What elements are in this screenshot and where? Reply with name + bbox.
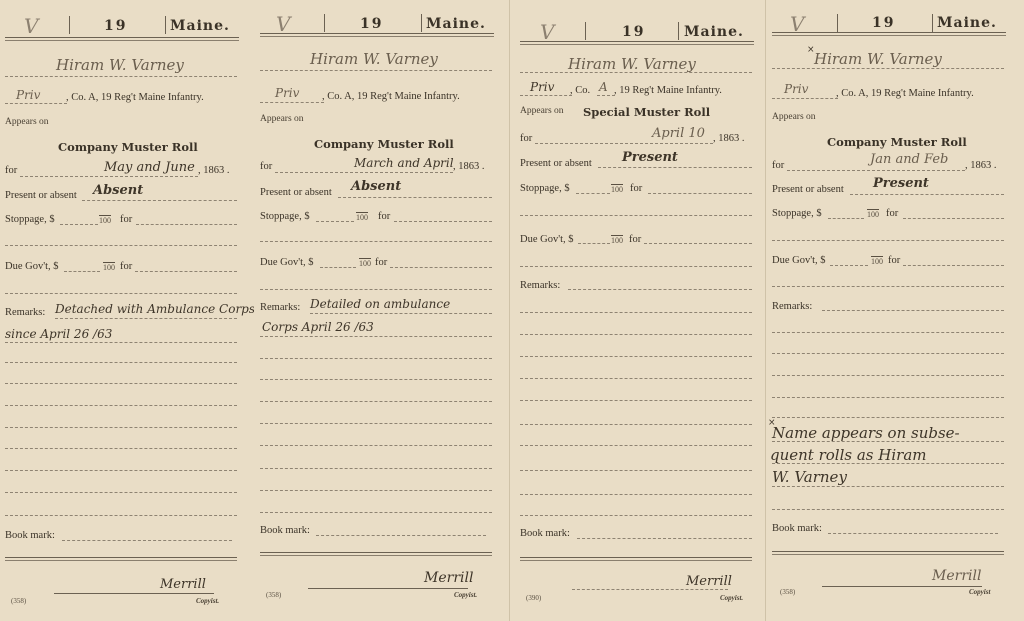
rank-line	[520, 95, 572, 96]
due-govt-label: Due Gov't, $	[260, 257, 314, 268]
roll-type: Company Muster Roll	[314, 137, 454, 151]
note-line-3: W. Varney	[772, 468, 847, 486]
stoppage-for: for	[630, 183, 642, 194]
stoppage-cents: 100	[867, 210, 879, 219]
remarks-rule	[772, 375, 1004, 376]
blank-line	[520, 215, 752, 216]
company-prefix: , Co.	[570, 85, 590, 96]
present-absent-value: Absent	[351, 179, 401, 194]
period-value: March and April	[354, 156, 454, 170]
header-separator	[421, 14, 422, 32]
due-for-line	[903, 265, 1004, 266]
period-value: May and June	[104, 160, 195, 175]
period-line	[275, 172, 453, 173]
copyist-label: Copyist.	[196, 597, 219, 605]
header-initial: V	[24, 14, 38, 38]
header-regiment-number: 19	[104, 18, 127, 34]
stoppage-cents: 100	[99, 216, 111, 225]
appears-on-label: Appears on	[5, 117, 49, 127]
company-letter-line	[597, 95, 615, 96]
rank-value: Priv	[530, 80, 554, 94]
remarks-rule	[5, 427, 237, 428]
stoppage-cents: 100	[611, 185, 623, 194]
remarks-rule	[260, 490, 492, 491]
stoppage-for-line	[648, 193, 752, 194]
present-absent-label: Present or absent	[5, 190, 77, 201]
due-for: for	[375, 257, 387, 268]
company-line: , 19 Reg't Maine Infantry.	[614, 85, 722, 96]
rank-value: Priv	[784, 82, 808, 96]
header-separator	[932, 14, 933, 32]
muster-card-3: V 19 Maine. Hiram W. Varney Priv , Co. A…	[510, 0, 766, 621]
remarks-rule	[772, 397, 1004, 398]
header-separator	[165, 16, 166, 34]
form-number: (358)	[11, 597, 26, 605]
remarks-rule	[520, 445, 752, 446]
remarks-label: Remarks:	[520, 280, 560, 291]
header-state: Maine.	[170, 18, 230, 34]
stoppage-amount-line	[576, 193, 610, 194]
due-amount-line	[320, 267, 356, 268]
remarks-rule	[310, 313, 492, 314]
book-mark-label: Book mark:	[260, 525, 310, 536]
blank-line	[260, 241, 492, 242]
present-absent-label: Present or absent	[260, 187, 332, 198]
stoppage-label: Stoppage, $	[520, 183, 570, 194]
appears-on-label: Appears on	[772, 112, 816, 122]
signature-line	[572, 589, 728, 590]
remarks-rule	[772, 417, 1004, 418]
remarks-rule	[520, 494, 752, 495]
signature-line	[822, 586, 982, 587]
remarks-rule	[772, 509, 1004, 510]
stoppage-for: for	[378, 211, 390, 222]
remarks-rule	[260, 336, 492, 337]
present-absent-line	[82, 200, 237, 201]
copyist-signature: Merrill	[424, 570, 473, 586]
header-rule	[772, 32, 1006, 36]
copyist-signature: Merrill	[160, 577, 206, 592]
remarks-rule	[772, 353, 1004, 354]
due-amount-line	[830, 265, 868, 266]
for-label: for	[520, 133, 532, 144]
book-mark-line	[828, 533, 998, 534]
remarks-label: Remarks:	[5, 307, 45, 318]
copyist-signature: Merrill	[932, 568, 981, 584]
stoppage-amount-line	[316, 221, 354, 222]
due-govt-label: Due Gov't, $	[520, 234, 574, 245]
header-separator	[69, 16, 70, 34]
remarks-rule	[520, 378, 752, 379]
rank-value: Priv	[16, 88, 40, 102]
remarks-rule	[260, 379, 492, 380]
name-line	[772, 68, 1004, 69]
remarks-line-2: since April 26 /63	[5, 327, 112, 341]
stoppage-amount-line	[828, 218, 864, 219]
remarks-rule	[520, 400, 752, 401]
book-mark-line	[316, 535, 486, 536]
blank-line	[772, 286, 1004, 287]
remarks-rule	[5, 470, 237, 471]
form-number: (358)	[266, 591, 281, 599]
due-cents: 100	[611, 236, 623, 245]
blank-line	[260, 289, 492, 290]
period-line	[787, 170, 965, 171]
remarks-rule	[5, 515, 237, 516]
year: , 1863 .	[198, 165, 230, 176]
header-state: Maine.	[937, 15, 997, 31]
remarks-rule	[260, 358, 492, 359]
due-govt-label: Due Gov't, $	[5, 261, 59, 272]
period-line	[20, 176, 198, 177]
due-cents: 100	[359, 259, 371, 268]
remarks-line-2: Corps April 26 /63	[262, 320, 374, 334]
blank-line	[5, 245, 237, 246]
stoppage-for: for	[886, 208, 898, 219]
remarks-label: Remarks:	[772, 301, 812, 312]
remarks-label: Remarks:	[260, 302, 300, 313]
remarks-rule	[568, 289, 752, 290]
remarks-rule	[5, 448, 237, 449]
company-line: , Co. A, 19 Reg't Maine Infantry.	[66, 92, 204, 103]
copyist-label: Copyist.	[454, 591, 477, 599]
header-state: Maine.	[684, 24, 744, 40]
stoppage-for-line	[394, 221, 492, 222]
book-mark-label: Book mark:	[5, 530, 55, 541]
header-regiment-number: 19	[622, 24, 645, 40]
remarks-rule	[772, 486, 1004, 487]
roll-type: Company Muster Roll	[58, 140, 198, 154]
present-absent-label: Present or absent	[520, 158, 592, 169]
rank-line	[772, 98, 838, 99]
blank-line	[772, 240, 1004, 241]
muster-card-1: V 19 Maine. Hiram W. Varney Priv , Co. A…	[0, 0, 256, 621]
note-line-2: quent rolls as Hiram	[770, 446, 926, 464]
signature-line	[308, 588, 468, 589]
rank-line	[260, 102, 324, 103]
due-for-line	[135, 271, 237, 272]
roll-type: Special Muster Roll	[583, 105, 710, 119]
remarks-line-1: Detailed on ambulance	[310, 297, 450, 311]
remarks-rule	[55, 318, 237, 319]
header-separator	[837, 14, 838, 32]
stoppage-label: Stoppage, $	[772, 208, 822, 219]
form-number: (358)	[780, 588, 795, 596]
remarks-rule	[260, 512, 492, 513]
header-state: Maine.	[426, 16, 486, 32]
appears-on-label: Appears on	[260, 114, 304, 124]
footer-rule	[260, 552, 492, 556]
present-absent-line	[338, 197, 492, 198]
present-absent-line	[598, 167, 752, 168]
form-number: (390)	[526, 594, 541, 602]
remarks-rule	[5, 405, 237, 406]
name-line	[520, 72, 752, 73]
header-rule	[520, 41, 754, 45]
rank-value: Priv	[275, 86, 299, 100]
due-cents: 100	[871, 257, 883, 266]
remarks-rule	[520, 470, 752, 471]
due-amount-line	[64, 271, 100, 272]
blank-line	[5, 293, 237, 294]
remarks-rule	[520, 424, 752, 425]
book-mark-line	[577, 538, 752, 539]
remarks-rule	[260, 423, 492, 424]
present-absent-value: Absent	[93, 183, 143, 198]
copyist-label: Copyist	[969, 588, 990, 596]
present-absent-label: Present or absent	[772, 184, 844, 195]
period-line	[535, 143, 713, 144]
header-separator	[324, 14, 325, 32]
header-rule	[260, 33, 494, 37]
name-line	[260, 70, 492, 71]
book-mark-line	[62, 540, 232, 541]
remarks-rule	[520, 356, 752, 357]
due-cents: 100	[103, 263, 115, 272]
due-for-line	[644, 243, 752, 244]
company-letter: A	[599, 80, 608, 94]
for-label: for	[5, 165, 17, 176]
stoppage-cents: 100	[356, 213, 368, 222]
name-line	[5, 76, 237, 77]
book-mark-label: Book mark:	[772, 523, 822, 534]
due-for: for	[120, 261, 132, 272]
copyist-label: Copyist.	[720, 594, 743, 602]
remarks-rule	[5, 383, 237, 384]
signature-line	[54, 593, 214, 594]
book-mark-label: Book mark:	[520, 528, 570, 539]
remarks-rule	[5, 342, 237, 343]
remarks-rule	[520, 334, 752, 335]
remarks-rule	[5, 362, 237, 363]
header-separator	[585, 22, 586, 40]
remarks-rule	[822, 310, 1004, 311]
soldier-name: Hiram W. Varney	[310, 50, 438, 68]
year: , 1863 .	[453, 161, 485, 172]
due-for-line	[390, 267, 492, 268]
year: , 1863 .	[965, 160, 997, 171]
soldier-name: Hiram W. Varney	[56, 56, 184, 74]
company-line: , Co. A, 19 Reg't Maine Infantry.	[836, 88, 974, 99]
remarks-line-1: Detached with Ambulance Corps	[55, 302, 255, 316]
present-absent-value: Present	[622, 150, 678, 165]
remarks-rule	[5, 492, 237, 493]
for-label: for	[260, 161, 272, 172]
header-regiment-number: 19	[872, 15, 895, 31]
period-value: April 10	[652, 126, 705, 141]
rank-line	[5, 103, 67, 104]
due-for: for	[888, 255, 900, 266]
remarks-rule	[520, 515, 752, 516]
footer-rule	[5, 557, 237, 561]
year: , 1863 .	[713, 133, 745, 144]
header-separator	[678, 22, 679, 40]
copyist-signature: Merrill	[686, 574, 732, 589]
remarks-rule	[772, 441, 1004, 442]
due-for: for	[629, 234, 641, 245]
roll-type: Company Muster Roll	[827, 135, 967, 149]
stoppage-amount-line	[60, 224, 98, 225]
present-absent-value: Present	[873, 176, 929, 191]
remarks-rule	[520, 312, 752, 313]
soldier-name: Hiram W. Varney	[814, 50, 942, 68]
remarks-rule	[260, 401, 492, 402]
blank-line	[520, 266, 752, 267]
remarks-rule	[772, 463, 1004, 464]
stoppage-label: Stoppage, $	[5, 214, 55, 225]
stoppage-label: Stoppage, $	[260, 211, 310, 222]
remarks-rule	[260, 445, 492, 446]
period-value: Jan and Feb	[870, 152, 948, 167]
footer-rule	[772, 551, 1004, 555]
stoppage-for-line	[903, 218, 1004, 219]
muster-card-2: V 19 Maine. Hiram W. Varney Priv , Co. A…	[254, 0, 510, 621]
header-rule	[5, 37, 239, 41]
note-line-1: Name appears on subse-	[772, 424, 960, 442]
remarks-rule	[260, 468, 492, 469]
for-label: for	[772, 160, 784, 171]
muster-card-4: V 19 Maine. × Hiram W. Varney Priv , Co.…	[766, 0, 1024, 621]
footer-rule	[520, 557, 752, 561]
stoppage-for: for	[120, 214, 132, 225]
header-regiment-number: 19	[360, 16, 383, 32]
present-absent-line	[850, 194, 1004, 195]
stoppage-for-line	[136, 224, 237, 225]
remarks-rule	[772, 332, 1004, 333]
company-line: , Co. A, 19 Reg't Maine Infantry.	[322, 91, 460, 102]
appears-on-label: Appears on	[520, 106, 564, 116]
due-govt-label: Due Gov't, $	[772, 255, 826, 266]
soldier-name: Hiram W. Varney	[568, 55, 696, 73]
due-amount-line	[578, 243, 610, 244]
